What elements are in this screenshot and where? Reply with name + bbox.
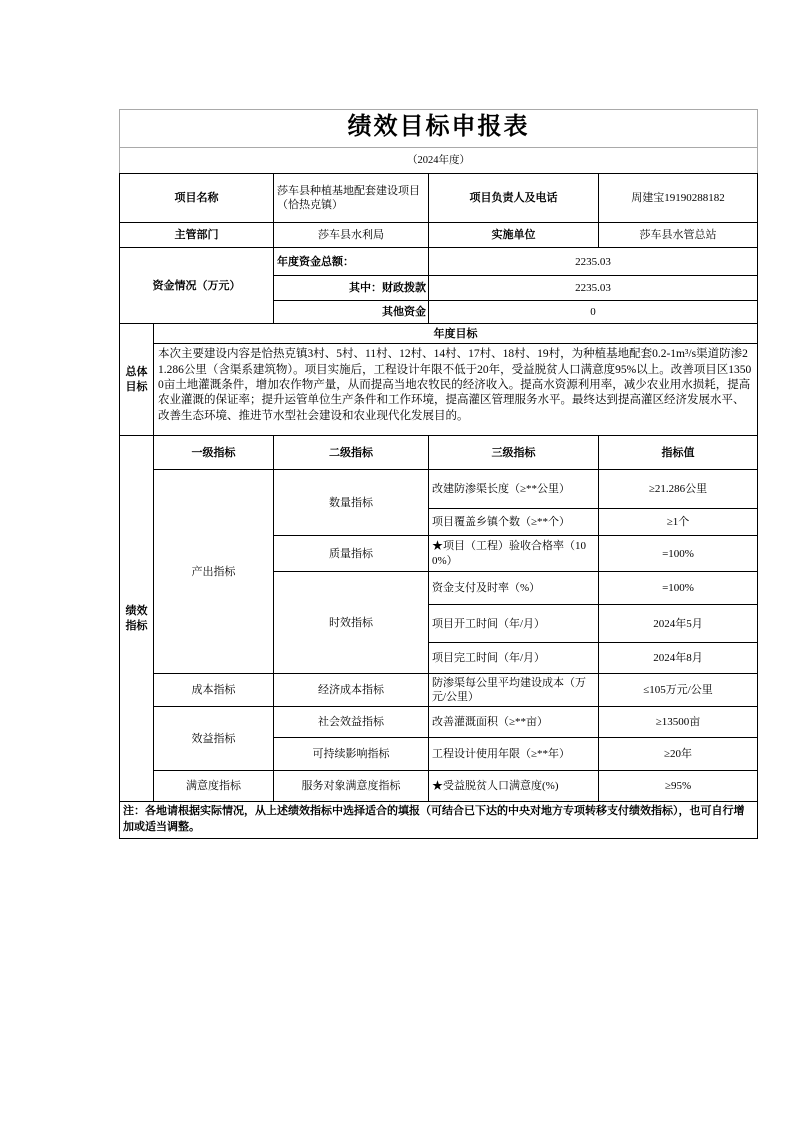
annual-goal-text: 本次主要建设内容是恰热克镇3村、5村、11村、12村、14村、17村、18村、1… — [154, 344, 758, 436]
funding-section-label: 资金情况（万元） — [120, 248, 274, 324]
level2-economic-cost: 经济成本指标 — [274, 674, 429, 707]
level3-label: ★受益脱贫人口满意度(%) — [429, 771, 599, 802]
level3-label: 改建防渗渠长度（≥**公里） — [429, 470, 599, 509]
indicator-row: 效益指标 社会效益指标 改善灌溉面积（≥**亩） ≥13500亩 — [120, 707, 758, 738]
header-level2: 二级指标 — [274, 436, 429, 470]
level3-label: 资金支付及时率（%） — [429, 572, 599, 605]
indicator-value: =100% — [599, 572, 758, 605]
dept-value: 莎车县水利局 — [274, 223, 429, 248]
level3-label: ★项目（工程）验收合格率（100%） — [429, 536, 599, 572]
project-name-label: 项目名称 — [120, 174, 274, 223]
indicator-row: 成本指标 经济成本指标 防渗渠每公里平均建设成本（万元/公里） ≤105万元/公… — [120, 674, 758, 707]
manager-label: 项目负责人及电话 — [429, 174, 599, 223]
indicator-value: ≤105万元/公里 — [599, 674, 758, 707]
indicator-value: ≥95% — [599, 771, 758, 802]
level1-cost: 成本指标 — [154, 674, 274, 707]
page-title: 绩效目标申报表 — [120, 110, 758, 148]
level3-label: 项目覆盖乡镇个数（≥**个） — [429, 509, 599, 536]
indicator-value: ≥21.286公里 — [599, 470, 758, 509]
department-row: 主管部门 莎车县水利局 实施单位 莎车县水管总站 — [120, 223, 758, 248]
header-level3: 三级指标 — [429, 436, 599, 470]
funding-total-label: 年度资金总额： — [274, 248, 429, 276]
indicator-value: ≥13500亩 — [599, 707, 758, 738]
note-row: 注：各地请根据实际情况，从上述绩效指标中选择适合的填报（可结合已下达的中央对地方… — [120, 802, 758, 839]
funding-other-label: 其他资金 — [274, 301, 429, 324]
funding-total-row: 资金情况（万元） 年度资金总额： 2235.03 — [120, 248, 758, 276]
project-name-value: 莎车县种植基地配套建设项目（恰热克镇） — [274, 174, 429, 223]
title-row: 绩效目标申报表 — [120, 110, 758, 148]
funding-fiscal-label: 其中：财政拨款 — [274, 276, 429, 301]
indicators-section-label: 绩效指标 — [120, 436, 154, 802]
impl-label: 实施单位 — [429, 223, 599, 248]
project-row: 项目名称 莎车县种植基地配套建设项目（恰热克镇） 项目负责人及电话 周建宝191… — [120, 174, 758, 223]
level3-label: 工程设计使用年限（≥**年） — [429, 738, 599, 771]
dept-label: 主管部门 — [120, 223, 274, 248]
level3-label: 改善灌溉面积（≥**亩） — [429, 707, 599, 738]
annual-goal-header: 年度目标 — [154, 324, 758, 344]
goal-text-row: 本次主要建设内容是恰热克镇3村、5村、11村、12村、14村、17村、18村、1… — [120, 344, 758, 436]
level1-benefit: 效益指标 — [154, 707, 274, 771]
subtitle-row: （2024年度） — [120, 148, 758, 174]
footer-note: 注：各地请根据实际情况，从上述绩效指标中选择适合的填报（可结合已下达的中央对地方… — [120, 802, 758, 839]
indicator-row: 满意度指标 服务对象满意度指标 ★受益脱贫人口满意度(%) ≥95% — [120, 771, 758, 802]
indicator-value: ≥20年 — [599, 738, 758, 771]
level2-sustainability: 可持续影响指标 — [274, 738, 429, 771]
level2-social-benefit: 社会效益指标 — [274, 707, 429, 738]
level3-label: 项目开工时间（年/月） — [429, 605, 599, 643]
indicator-header-row: 绩效指标 一级指标 二级指标 三级指标 指标值 — [120, 436, 758, 470]
level2-timeliness: 时效指标 — [274, 572, 429, 674]
impl-value: 莎车县水管总站 — [599, 223, 758, 248]
level3-label: 项目完工时间（年/月） — [429, 643, 599, 674]
indicator-value: =100% — [599, 536, 758, 572]
level2-service-satisfaction: 服务对象满意度指标 — [274, 771, 429, 802]
goal-header-row: 总体目标 年度目标 — [120, 324, 758, 344]
funding-total-value: 2235.03 — [429, 248, 758, 276]
header-value: 指标值 — [599, 436, 758, 470]
document-page: 绩效目标申报表 （2024年度） 项目名称 莎车县种植基地配套建设项目（恰热克镇… — [0, 0, 793, 1122]
funding-other-value: 0 — [429, 301, 758, 324]
funding-fiscal-value: 2235.03 — [429, 276, 758, 301]
level2-quality: 质量指标 — [274, 536, 429, 572]
indicator-value: 2024年5月 — [599, 605, 758, 643]
page-subtitle: （2024年度） — [120, 148, 758, 174]
overall-goal-section-label: 总体目标 — [120, 324, 154, 436]
form-table: 绩效目标申报表 （2024年度） 项目名称 莎车县种植基地配套建设项目（恰热克镇… — [119, 109, 758, 839]
level1-output: 产出指标 — [154, 470, 274, 674]
indicator-value: 2024年8月 — [599, 643, 758, 674]
header-level1: 一级指标 — [154, 436, 274, 470]
manager-value: 周建宝19190288182 — [599, 174, 758, 223]
indicator-value: ≥1个 — [599, 509, 758, 536]
indicator-row: 产出指标 数量指标 改建防渗渠长度（≥**公里） ≥21.286公里 — [120, 470, 758, 509]
level2-quantity: 数量指标 — [274, 470, 429, 536]
level1-satisfaction: 满意度指标 — [154, 771, 274, 802]
level3-label: 防渗渠每公里平均建设成本（万元/公里） — [429, 674, 599, 707]
